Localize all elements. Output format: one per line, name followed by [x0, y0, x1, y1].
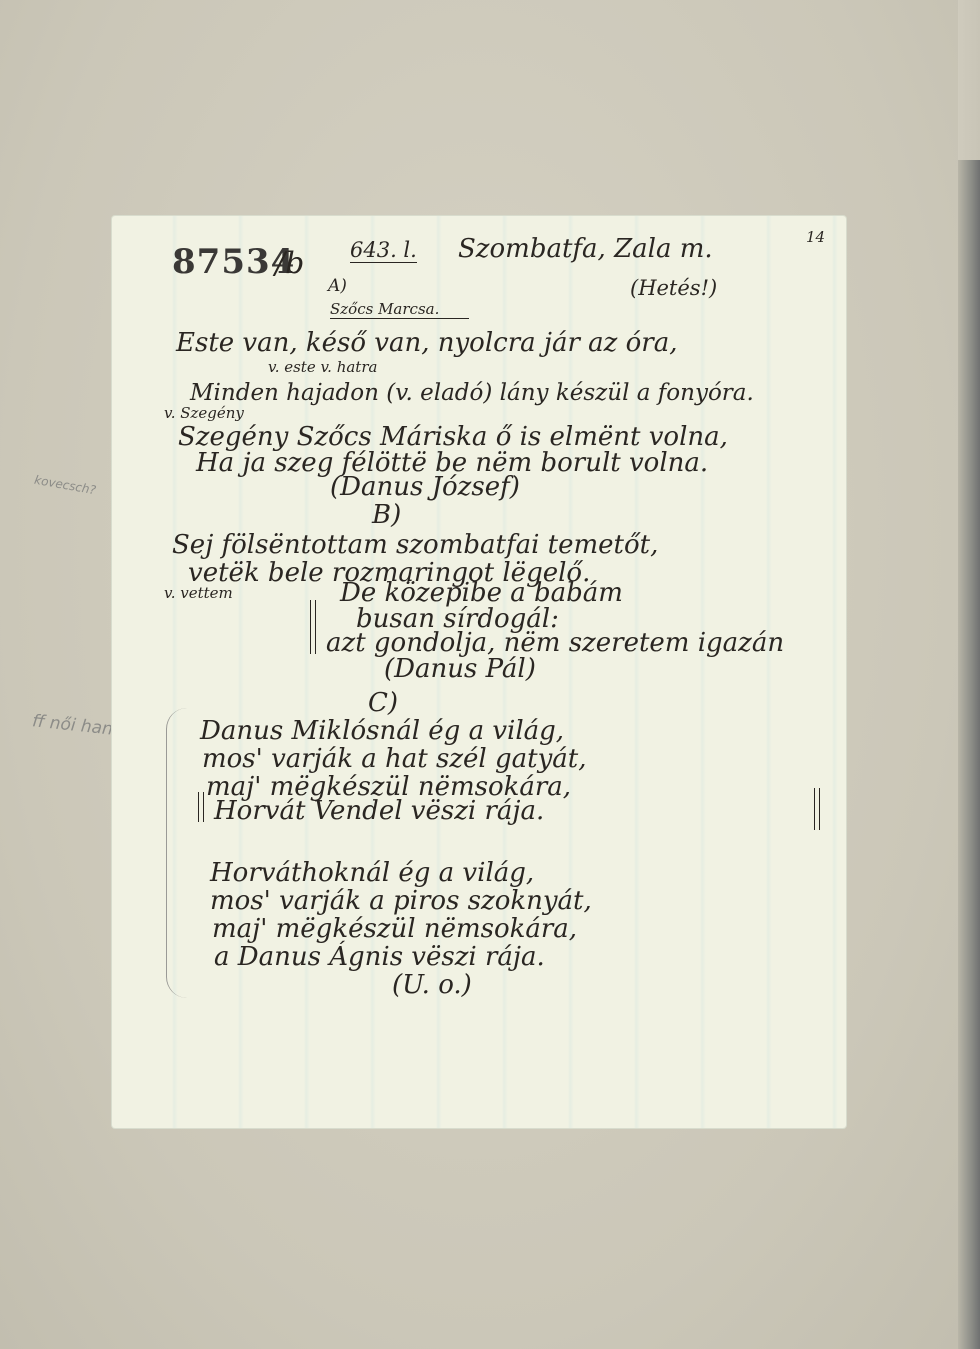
section-a-variant-1: v. este v. hatra: [268, 358, 377, 376]
section-a-credit: (Danus József): [330, 472, 520, 502]
section-b-credit: (Danus Pál): [384, 654, 536, 684]
section-c-label: C): [368, 688, 398, 718]
location-note: (Hetés!): [630, 276, 717, 300]
section-c-stanza-2-line-2: mos' varják a piros szoknyát,: [210, 886, 592, 916]
section-a-variant-2: v. Szegény: [164, 404, 244, 422]
section-b-variant: v. vettem: [164, 584, 233, 602]
section-a-title: Szőcs Marcsa.: [330, 300, 469, 319]
page-reference: 643. l.: [350, 238, 417, 263]
board-edge-top: [958, 0, 980, 160]
location-title: Szombatfa, Zala m.: [458, 234, 713, 264]
section-c-stanza-1-line-4: Horvát Vendel vëszi rája.: [214, 796, 544, 826]
section-c-stanza-2-line-1: Horváthoknál ég a világ,: [210, 858, 534, 888]
board-edge-shadow: [958, 160, 980, 1349]
repeat-sign-end-c: [814, 788, 820, 830]
section-c-stanza-1-line-2: mos' varják a hat szél gatyát,: [202, 744, 587, 774]
section-a-line-1: Este van, késő van, nyolcra jár az óra,: [176, 328, 677, 358]
section-b-line-1: Sej fölsëntottam szombatfai temetőt,: [172, 530, 658, 560]
section-a-line-2: Minden hajadon (v. eladó) lány készül a …: [190, 380, 754, 406]
section-c-stanza-2-line-3: maj' mëgkészül nëmsokára,: [212, 914, 577, 944]
section-b-label: B): [372, 500, 401, 530]
section-c-stanza-1-line-1: Danus Miklósnál ég a világ,: [200, 716, 564, 746]
margin-bracket: [166, 708, 187, 998]
section-a-label: A): [328, 276, 347, 296]
repeat-sign-start: [310, 600, 316, 654]
repeat-sign-start-c: [198, 792, 204, 822]
page-number: 14: [806, 228, 825, 246]
section-c-credit: (U. o.): [392, 970, 472, 1000]
archive-stamp-suffix: /b: [275, 246, 304, 281]
section-c-stanza-2-line-4: a Danus Ágnis vëszi rája.: [214, 942, 545, 972]
